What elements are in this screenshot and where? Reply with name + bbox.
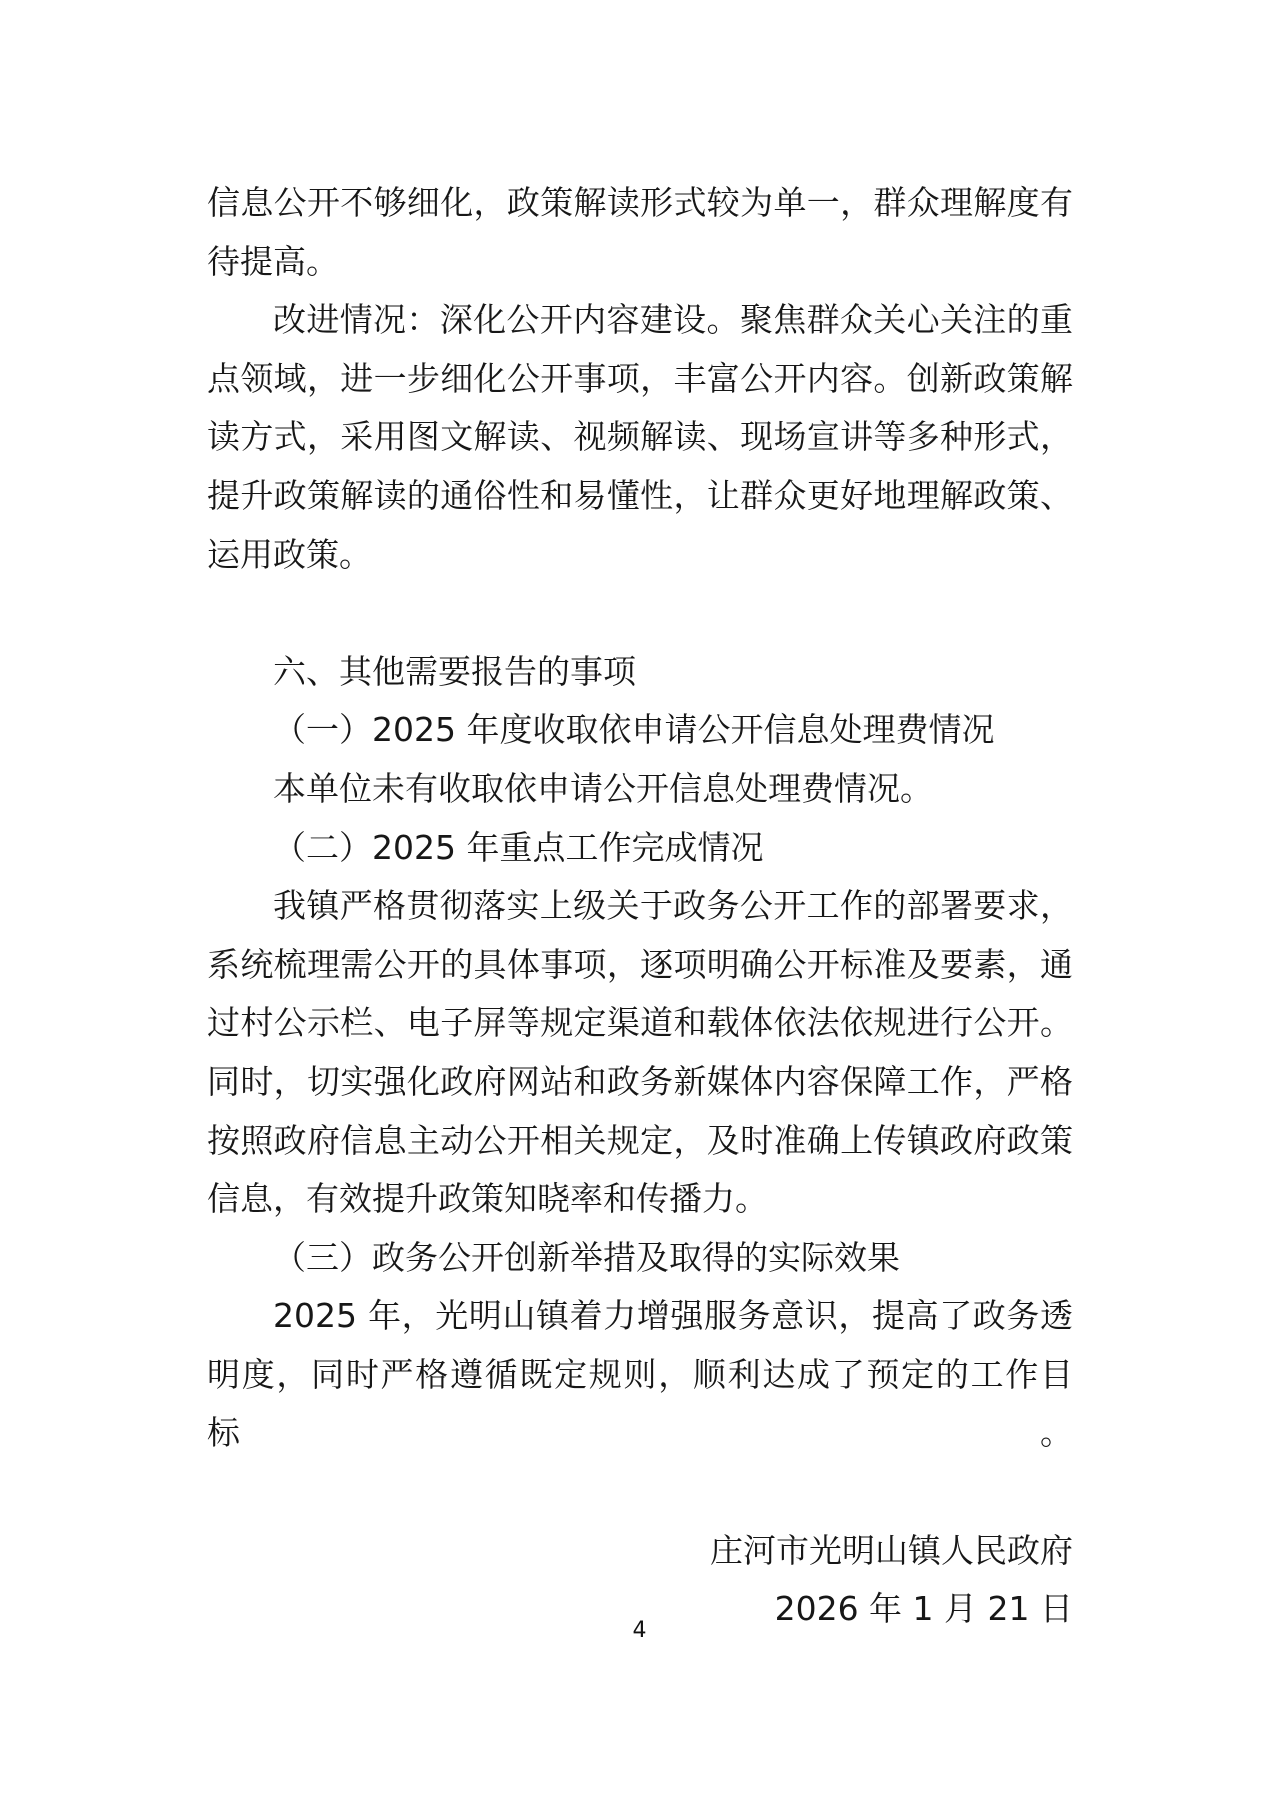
subsection-heading: （二）2025 年重点工作完成情况	[207, 819, 1073, 878]
section-heading: 六、其他需要报告的事项	[207, 643, 1073, 702]
body-line: 改进情况：深化公开内容建设。聚焦群众关心关注的重	[207, 291, 1073, 350]
body-line: 提升政策解读的通俗性和易懂性，让群众更好地理解政策、	[207, 467, 1073, 526]
subsection-heading: （三）政务公开创新举措及取得的实际效果	[207, 1229, 1073, 1288]
document-body: 信息公开不够细化，政策解读形式较为单一，群众理解度有 待提高。 改进情况：深化公…	[207, 174, 1073, 1639]
page-number: 4	[0, 1616, 1279, 1646]
body-line: 按照政府信息主动公开相关规定，及时准确上传镇政府政策	[207, 1112, 1073, 1171]
blank-line	[207, 584, 1073, 643]
body-line: 运用政策。	[207, 526, 1073, 585]
body-line: 明度，同时严格遵循既定规则，顺利达成了预定的工作目标。	[207, 1346, 1073, 1463]
body-line: 同时，切实强化政府网站和政务新媒体内容保障工作，严格	[207, 1053, 1073, 1112]
signature-org: 庄河市光明山镇人民政府	[207, 1522, 1073, 1581]
body-line: 点领域，进一步细化公开事项，丰富公开内容。创新政策解	[207, 350, 1073, 409]
body-line: 待提高。	[207, 233, 1073, 292]
body-line: 2025 年，光明山镇着力增强服务意识，提高了政务透	[207, 1287, 1073, 1346]
subsection-heading: （一）2025 年度收取依申请公开信息处理费情况	[207, 701, 1073, 760]
body-line: 信息公开不够细化，政策解读形式较为单一，群众理解度有	[207, 174, 1073, 233]
blank-line	[207, 1463, 1073, 1522]
body-line: 我镇严格贯彻落实上级关于政务公开工作的部署要求，	[207, 877, 1073, 936]
body-line: 信息，有效提升政策知晓率和传播力。	[207, 1170, 1073, 1229]
body-line: 读方式，采用图文解读、视频解读、现场宣讲等多种形式，	[207, 408, 1073, 467]
body-line: 本单位未有收取依申请公开信息处理费情况。	[207, 760, 1073, 819]
body-line: 过村公示栏、电子屏等规定渠道和载体依法依规进行公开。	[207, 994, 1073, 1053]
body-line: 系统梳理需公开的具体事项，逐项明确公开标准及要素，通	[207, 936, 1073, 995]
document-page: 信息公开不够细化，政策解读形式较为单一，群众理解度有 待提高。 改进情况：深化公…	[0, 0, 1279, 1793]
